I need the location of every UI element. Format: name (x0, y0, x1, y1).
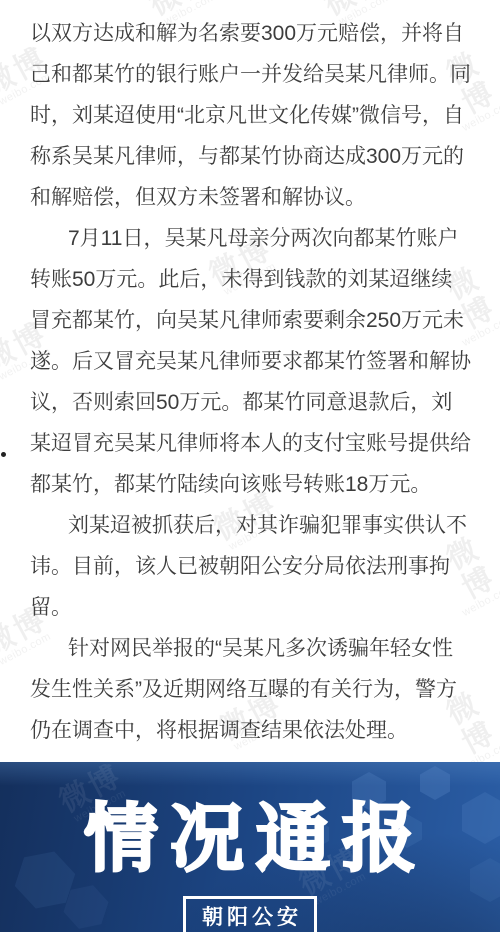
text-line: 讳。目前，该人已被朝阳公安分局依法刑事拘 (30, 546, 500, 587)
text-line: 转账50万元。此后，未得到钱款的刘某迢继续 (30, 259, 500, 300)
text-line: 针对网民举报的“吴某凡多次诱骗年轻女性 (30, 628, 500, 669)
text-line: 冒充都某竹，向吴某凡律师索要剩余250万元未 (30, 300, 500, 341)
paragraph: 针对网民举报的“吴某凡多次诱骗年轻女性发生性关系”及近期网络互曝的有关行为，警方… (30, 628, 500, 751)
text-line: 7月11日，吴某凡母亲分两次向都某竹账户 (30, 218, 500, 259)
text-line: 己和都某竹的银行账户一并发给吴某凡律师。同 (30, 54, 500, 95)
text-line: 时，刘某迢使用“北京凡世文化传媒”微信号，自 (30, 95, 500, 136)
text-line: 发生性关系”及近期网络互曝的有关行为，警方 (30, 669, 500, 710)
weibo-post-screenshot: 微博weibo.com微博weibo.com微博weibo.com微博weibo… (0, 0, 500, 932)
stray-dot (1, 452, 6, 457)
text-line: 都某竹，都某竹陆续向该账号转账18万元。 (30, 464, 500, 505)
banner-title: 情况通报 (0, 802, 500, 876)
text-line: 遂。后又冒充吴某凡律师要求都某竹签署和解协 (30, 341, 500, 382)
text-line: 仍在调查中，将根据调查结果依法处理。 (30, 710, 500, 751)
paragraph: 7月11日，吴某凡母亲分两次向都某竹账户转账50万元。此后，未得到钱款的刘某迢继… (30, 218, 500, 505)
text-line: 议，否则索回50万元。都某竹同意退款后，刘 (30, 382, 500, 423)
banner-badge: 朝阳公安 (183, 896, 317, 932)
article-text: 以双方达成和解为名索要300万元赔偿，并将自己和都某竹的银行账户一并发给吴某凡律… (30, 13, 500, 751)
text-line: 刘某迢被抓获后，对其诈骗犯罪事实供认不 (30, 505, 500, 546)
text-line: 以双方达成和解为名索要300万元赔偿，并将自 (30, 13, 500, 54)
text-line: 某迢冒充吴某凡律师将本人的支付宝账号提供给 (30, 423, 500, 464)
paragraph: 以双方达成和解为名索要300万元赔偿，并将自己和都某竹的银行账户一并发给吴某凡律… (30, 13, 500, 218)
text-line: 留。 (30, 587, 500, 628)
hexagon-decoration (420, 766, 450, 800)
text-line: 称系吴某凡律师，与都某竹协商达成300万元的 (30, 136, 500, 177)
police-notice-banner: 情况通报 朝阳公安 (0, 762, 500, 932)
text-line: 和解赔偿，但双方未签署和解协议。 (30, 177, 500, 218)
paragraph: 刘某迢被抓获后，对其诈骗犯罪事实供认不讳。目前，该人已被朝阳公安分局依法刑事拘留… (30, 505, 500, 628)
